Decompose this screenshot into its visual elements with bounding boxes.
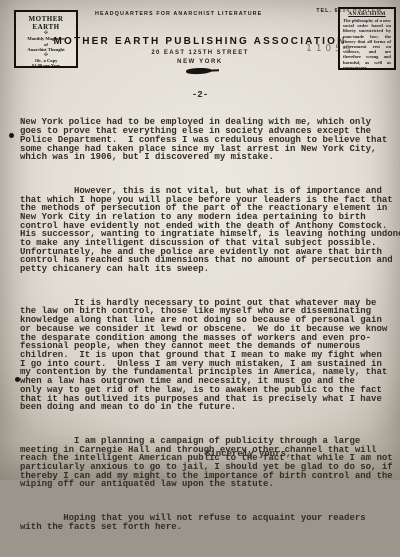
margin-mark [9, 133, 14, 138]
anarchism-definition-box: ANARCHISM The philosophy of a new social… [338, 7, 396, 70]
magazine-box-title: MOTHER EARTH [16, 15, 76, 31]
paragraph: I am planning a campaign of publicity th… [20, 437, 386, 480]
closing-salutation: Sincerely yours, [205, 449, 291, 459]
flourish-ornament [186, 68, 212, 75]
letter-body: New York police had to be employed in de… [20, 101, 386, 480]
letter-page: MOTHER EARTH ✣ Monthly Magazine of Anarc… [0, 0, 400, 480]
page-number: -2- [0, 90, 400, 100]
paragraph: It is hardly necessary to point out that… [20, 299, 386, 412]
paragraph: However, this is not vital, but what is … [20, 187, 386, 274]
paragraph: New York police had to be employed in de… [20, 118, 386, 162]
anarchism-box-definition: The philosophy of a new social order bas… [343, 18, 391, 70]
headquarters-line: HEADQUARTERS FOR ANARCHIST LITERATURE [95, 11, 262, 17]
anarchism-box-title: ANARCHISM [343, 11, 391, 17]
